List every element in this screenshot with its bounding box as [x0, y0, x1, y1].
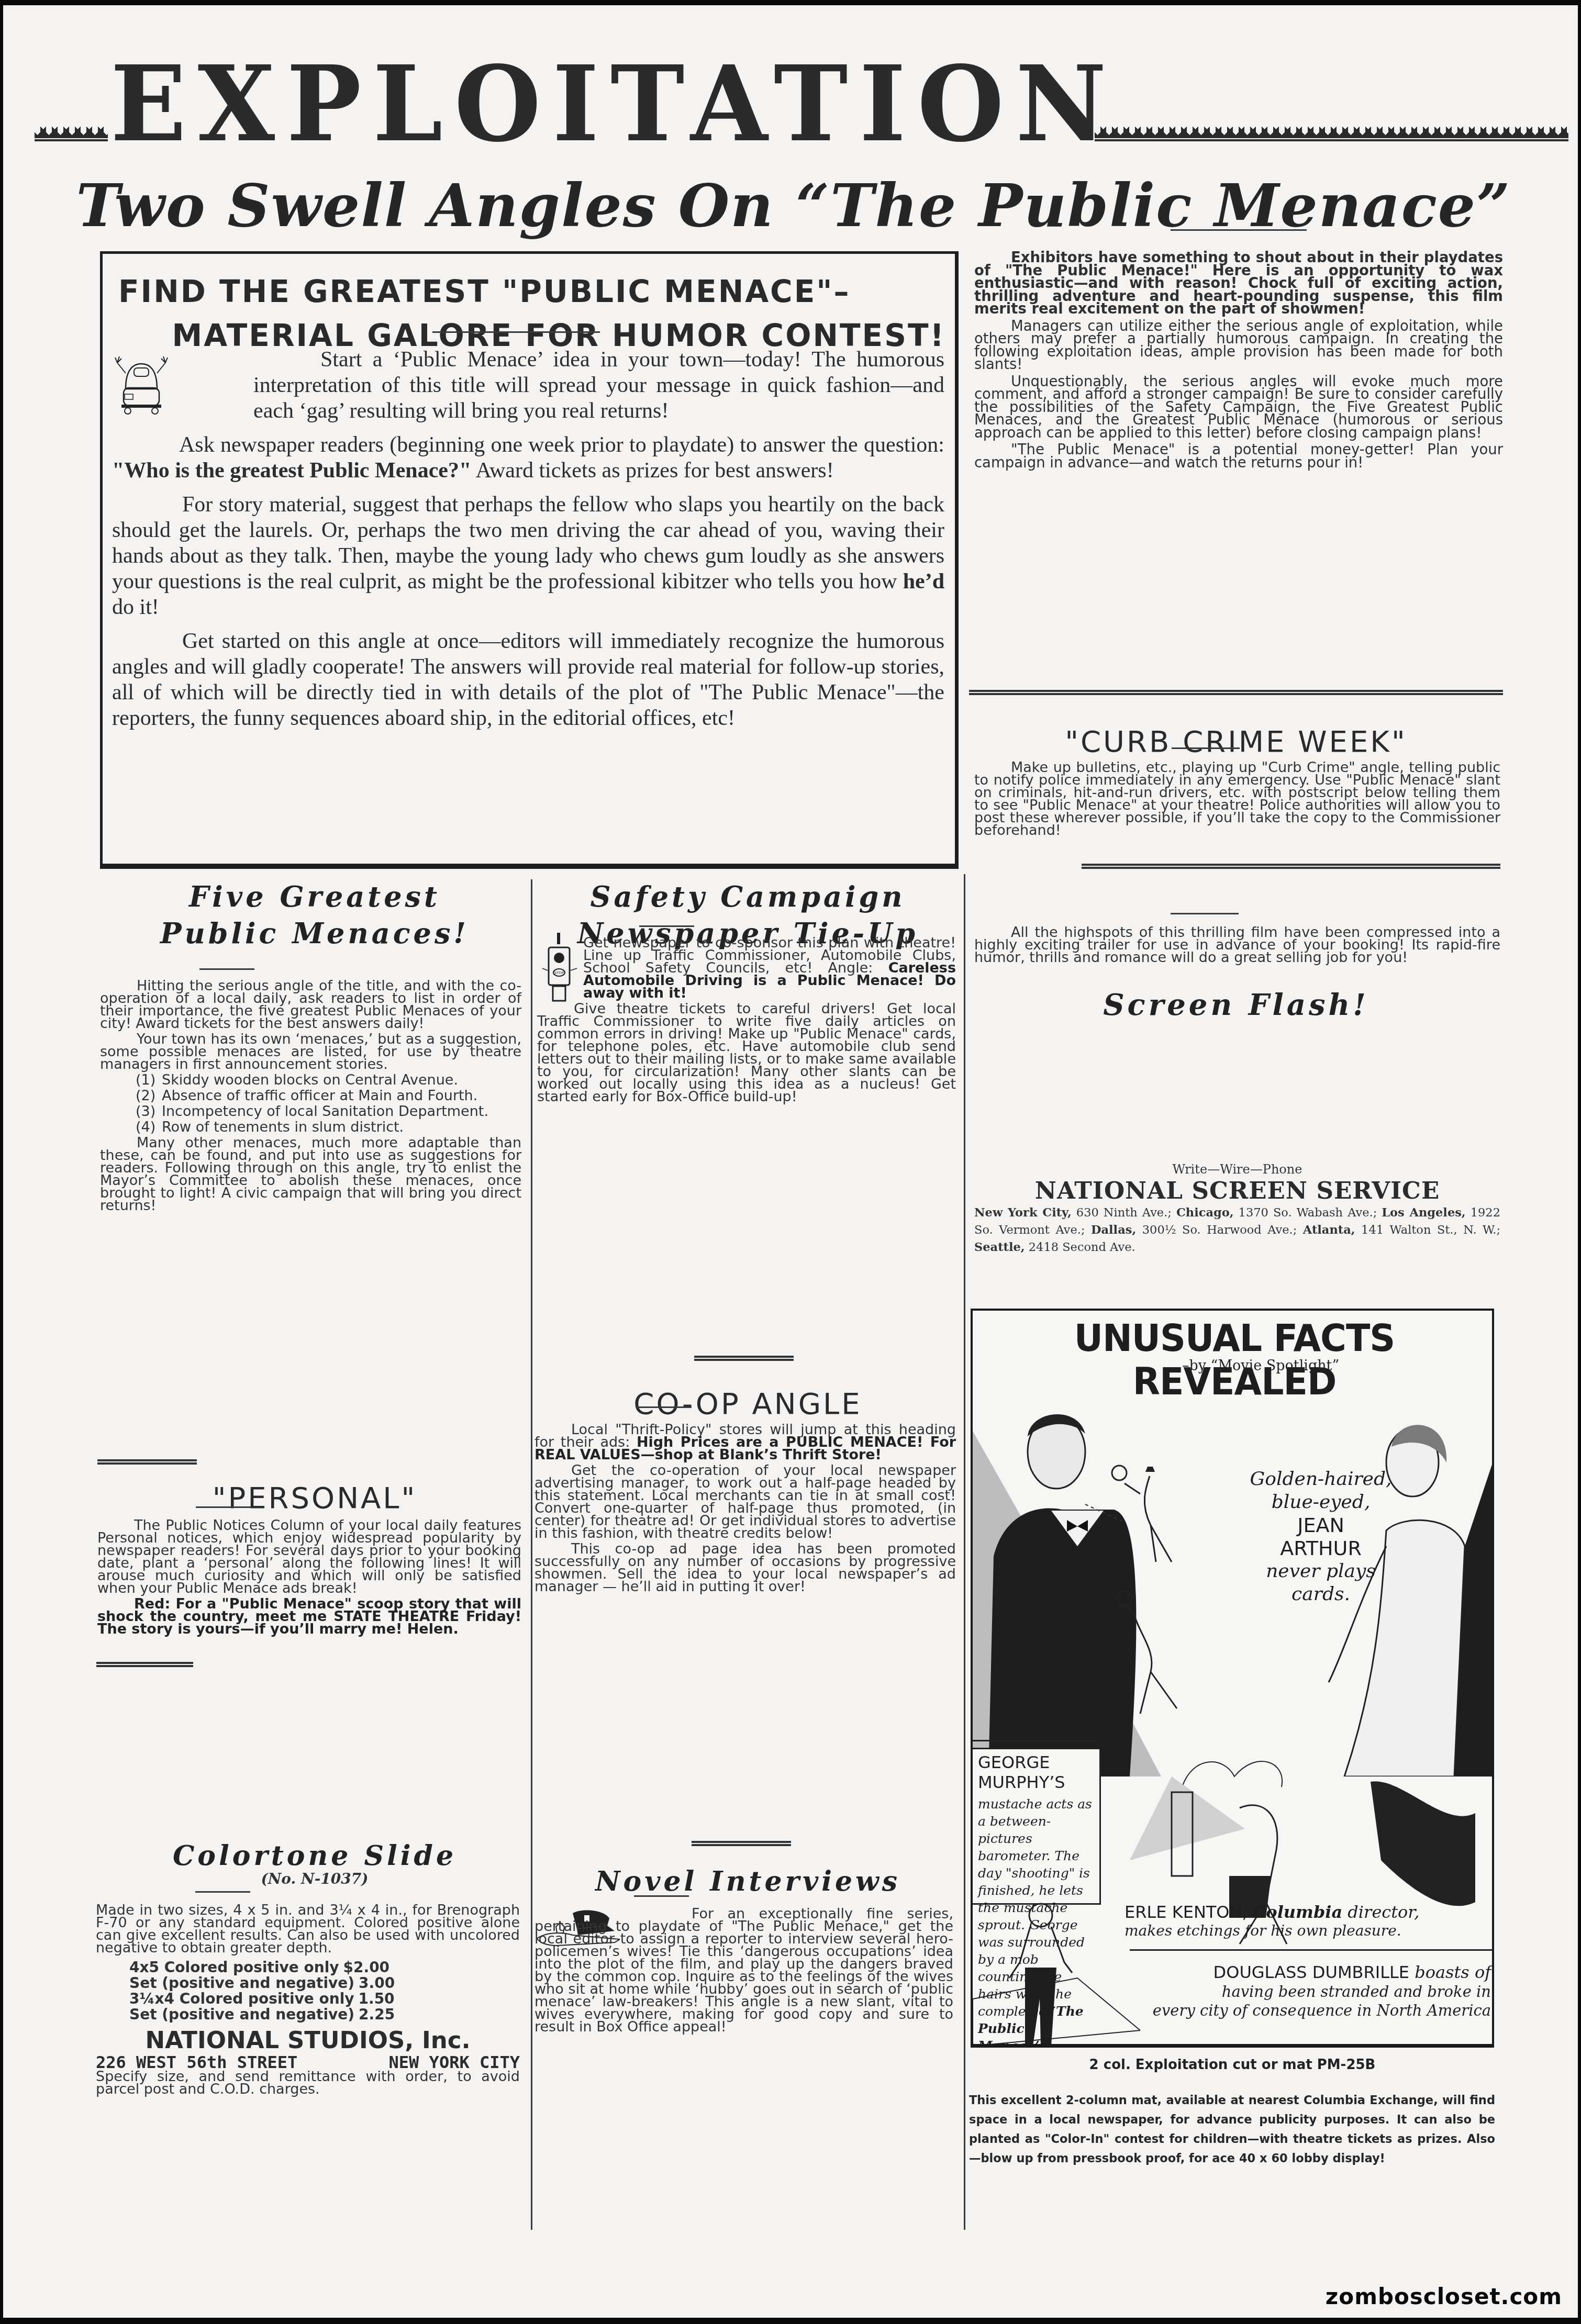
office-address: 630 Ninth Ave.; [1072, 1206, 1176, 1220]
studios-name: NATIONAL STUDIOS, Inc. [96, 2027, 520, 2054]
divider [196, 1506, 251, 1508]
sawtooth-ornament-left [35, 127, 108, 138]
divider [639, 925, 694, 927]
heading-line: Safety Campaign [532, 878, 964, 915]
office-address: 141 Walton St., N. W.; [1355, 1223, 1500, 1237]
office-city: Seattle, [974, 1241, 1025, 1254]
cut-mat-number: 2 col. Exploitation cut or mat PM-25B [971, 2057, 1494, 2073]
colortone-body: Made in two sizes, 4 x 5 in. and 3¼ x 4 … [96, 1904, 520, 2099]
actor-name: DOUGLASS DUMBRILLE [1213, 1962, 1409, 1982]
fact-line: never plays [1242, 1560, 1399, 1583]
price-label: 3¼x4 Colored positive only [129, 1991, 354, 2007]
colortone-heading: Colortone Slide [97, 1840, 532, 1872]
panel-rule [973, 1740, 1098, 1741]
spacer [199, 968, 254, 970]
list-item: (2)Absence of traffic officer at Main an… [136, 1090, 521, 1102]
interviews-heading: Novel Interviews [532, 1863, 964, 1900]
item-number: (2) [136, 1090, 162, 1102]
page-subtitle: Two Swell Angles On “The Public Menace” [3, 172, 1581, 240]
actor-name: GEORGE MURPHY’S [973, 1749, 1099, 1795]
price-row: Set (positive and negative)3.00 [129, 1975, 349, 1991]
traveler-on-map-illustration [973, 1894, 1140, 2046]
intro-text: Exhibitors have something to shout about… [974, 251, 1503, 473]
text-run: do it! [112, 595, 159, 619]
national-screen-service-block: Write—Wire—Phone NATIONAL SCREEN SERVICE… [974, 1162, 1500, 1256]
contest-headline-line1: FIND THE GREATEST "PUBLIC MENACE"– [118, 270, 945, 314]
actor-name: ERLE KENTON, [1124, 1902, 1248, 1922]
sawtooth-ornament-right [1095, 127, 1568, 138]
contest-headline: FIND THE GREATEST "PUBLIC MENACE"– MATER… [118, 270, 945, 357]
five-menaces-heading: Five Greatest Public Menaces! [97, 878, 532, 952]
fact-line: blue-eyed, [1242, 1491, 1399, 1514]
text-run: Award tickets as prizes for best answers… [471, 459, 833, 483]
price-row: 3¼x4 Colored positive only1.50 [129, 1991, 349, 2007]
fact-text: having been stranded and broke in [1145, 1982, 1491, 2001]
section-divider [694, 1356, 794, 1361]
office-city: Los Angeles, [1382, 1206, 1465, 1220]
paragraph: For an exceptionally fine series, pertai… [535, 1908, 953, 2033]
fact-text: every city of consequence in North Ameri… [1145, 2001, 1491, 2020]
divider [432, 331, 600, 333]
office-city: Chicago, [1176, 1206, 1234, 1220]
site-watermark: zomboscloset.com [1326, 2284, 1562, 2309]
item-text: Incompetency of local Sanitation Departm… [162, 1105, 488, 1118]
order-note: Specify size, and send remittance with o… [96, 2071, 520, 2096]
curb-crime-paragraph: Make up bulletins, etc., playing up "Cur… [974, 762, 1500, 837]
text-run-bold: he’d [903, 569, 944, 594]
column-separator [964, 874, 965, 2230]
contest-body: Start a ‘Public Menace’ idea in your tow… [112, 347, 944, 740]
screen-flash-heading: Screen Flash! [969, 987, 1503, 1023]
studios-address: 226 WEST 56th STREET NEW YORK CITY [96, 2056, 520, 2069]
studio-name: Columbia [1253, 1902, 1342, 1922]
price-value: 2.25 [359, 2007, 395, 2023]
page-title: EXPLOITATION [110, 63, 1095, 146]
item-text: Absence of traffic officer at Main and F… [162, 1090, 477, 1102]
humor-contest-box: FIND THE GREATEST "PUBLIC MENACE"– MATER… [100, 251, 959, 869]
safety-body: Get newspaper to co-sponsor this plan wi… [537, 937, 956, 1107]
divider [1171, 913, 1239, 914]
office-address: 300½ So. Harwood Ave.; [1136, 1223, 1303, 1237]
contest-question: "Who is the greatest Public Menace?" [112, 459, 471, 483]
contest-paragraph: Get started on this angle at once—editor… [112, 629, 944, 731]
price-value: $2.00 [343, 1960, 380, 1975]
contest-paragraph: Start a ‘Public Menace’ idea in your tow… [112, 347, 944, 424]
paragraph: The Public Notices Column of your local … [97, 1519, 521, 1595]
intro-paragraph: Unquestionably, the serious angles will … [974, 375, 1503, 440]
text-run: For story material, suggest that perhaps… [112, 493, 944, 594]
price-value: 3.00 [359, 1975, 395, 1991]
contact-line: Write—Wire—Phone [974, 1162, 1500, 1177]
curb-crime-heading: "CURB CRIME WEEK" [969, 725, 1503, 759]
screen-flash-body: All the highspots of this thrilling film… [974, 926, 1500, 967]
ornament-rule-right [1095, 139, 1568, 141]
exploitation-cut-illustration: UNUSUAL FACTS REVEALED –by “Movie Spotli… [971, 1309, 1494, 2048]
section-divider [97, 1459, 197, 1465]
slide-number: (No. N-1037) [97, 1870, 532, 1887]
list-item: (3)Incompetency of local Sanitation Depa… [136, 1105, 521, 1118]
interviews-body: For an exceptionally fine series, pertai… [535, 1908, 953, 2037]
item-number: (3) [136, 1105, 162, 1118]
intro-paragraph: "The Public Menace" is a potential money… [974, 443, 1503, 469]
price-value: 1.50 [359, 1991, 395, 2007]
screen-flash-paragraph: All the highspots of this thrilling film… [974, 926, 1500, 964]
company-name: NATIONAL SCREEN SERVICE [974, 1177, 1500, 1204]
curb-crime-body: Make up bulletins, etc., playing up "Cur… [974, 762, 1500, 840]
price-label: 4x5 Colored positive only [129, 1960, 339, 1975]
office-city: Dallas, [1091, 1223, 1136, 1237]
office-address: 1370 So. Wabash Ave.; [1234, 1206, 1382, 1220]
panel-rule [1130, 1949, 1494, 1951]
column-separator [531, 879, 532, 2230]
paragraph: Give theatre tickets to careful drivers!… [537, 1003, 956, 1103]
contest-paragraph: For story material, suggest that perhaps… [112, 492, 944, 620]
ornament-rule-left [35, 139, 108, 141]
paragraph: Many other menaces, much more adaptable … [100, 1137, 521, 1212]
heading-line: Five Greatest [97, 878, 532, 915]
item-number: (4) [136, 1121, 162, 1134]
personal-ad-copy: Red: For a "Public Menace" scoop story t… [97, 1598, 521, 1636]
office-city: New York City, [974, 1206, 1072, 1220]
fact-text: director, [1342, 1902, 1419, 1922]
paragraph: Get the co-operation of your local newsp… [535, 1465, 956, 1540]
price-label: Set (positive and negative) [129, 1975, 354, 1991]
five-menaces-body: Hitting the serious angle of the title, … [100, 980, 521, 1215]
pressbook-page: EXPLOITATION Two Swell Angles On “The Pu… [0, 0, 1581, 2324]
detective-figures-illustration [1109, 1462, 1224, 1735]
dumbrille-fact: DOUGLASS DUMBRILLE boasts of having been… [1145, 1962, 1491, 2020]
divider [1172, 747, 1240, 749]
divider [634, 1895, 689, 1897]
coop-heading: CO-OP ANGLE [532, 1387, 964, 1421]
office-list: New York City, 630 Ninth Ave.; Chicago, … [974, 1204, 1500, 1256]
section-divider [1082, 864, 1500, 869]
menace-list: (1)Skiddy wooden blocks on Central Avenu… [100, 1074, 521, 1134]
cut-description: This excellent 2-column mat, available a… [969, 2091, 1495, 2169]
office-city: Atlanta, [1303, 1223, 1355, 1237]
divider [195, 1891, 250, 1893]
section-divider [692, 1841, 791, 1846]
text-run: Ask newspaper readers (beginning one wee… [179, 433, 944, 457]
personal-heading: "PERSONAL" [97, 1481, 532, 1515]
item-text: Skiddy wooden blocks on Central Avenue. [162, 1074, 458, 1087]
paragraph: This co-op ad page idea has been promote… [535, 1543, 956, 1593]
paragraph: Get newspaper to co-sponsor this plan wi… [537, 937, 956, 1000]
section-divider [96, 1662, 193, 1667]
price-label: Set (positive and negative) [129, 2007, 354, 2023]
paragraph: Hitting the serious angle of the title, … [100, 980, 521, 1030]
actor-name: JEAN [1242, 1514, 1399, 1537]
intro-paragraph: Exhibitors have something to shout about… [974, 251, 1503, 316]
list-item: (4)Row of tenements in slum district. [136, 1121, 521, 1134]
city: NEW YORK CITY [389, 2056, 520, 2069]
paragraph: Made in two sizes, 4 x 5 in. and 3¼ x 4 … [96, 1904, 520, 1954]
street-address: 226 WEST 56th STREET [96, 2056, 297, 2069]
item-number: (1) [136, 1074, 162, 1087]
fact-text: makes etchings for his own pleasure. [1124, 1922, 1491, 1939]
fact-text: boasts of [1409, 1962, 1491, 1982]
kenton-fact: ERLE KENTON, Columbia director, makes et… [1124, 1902, 1491, 1939]
section-divider [969, 690, 1503, 695]
intro-paragraph: Managers can utilize either the serious … [974, 320, 1503, 371]
item-text: Row of tenements in slum district. [162, 1121, 404, 1134]
heading-line: Public Menaces! [97, 915, 532, 952]
office-address: 2418 Second Ave. [1025, 1241, 1135, 1254]
fact-line: Golden-haired, [1242, 1468, 1399, 1491]
masthead: EXPLOITATION [35, 63, 1568, 141]
price-row: 4x5 Colored positive only$2.00 [129, 1960, 349, 1975]
jean-arthur-fact: Golden-haired, blue-eyed, JEAN ARTHUR ne… [1242, 1468, 1399, 1606]
price-row: Set (positive and negative)2.25 [129, 2007, 349, 2023]
murphy-card: GEORGE MURPHY’S mustache acts as a betwe… [973, 1748, 1101, 1905]
price-list: 4x5 Colored positive only$2.00 Set (posi… [129, 1960, 349, 2023]
paragraph: Your town has its own ‘menaces,’ but as … [100, 1033, 521, 1071]
paragraph: Local "Thrift-Policy" stores will jump a… [535, 1424, 956, 1461]
personal-body: The Public Notices Column of your local … [97, 1519, 521, 1639]
cut-byline: –by “Movie Spotlight” [1182, 1358, 1339, 1374]
divider [1171, 229, 1307, 231]
divider [637, 1406, 692, 1408]
coop-body: Local "Thrift-Policy" stores will jump a… [535, 1424, 956, 1596]
list-item: (1)Skiddy wooden blocks on Central Avenu… [136, 1074, 521, 1087]
contest-paragraph: Ask newspaper readers (beginning one wee… [112, 432, 944, 484]
actor-name: ARTHUR [1242, 1537, 1399, 1560]
fact-line: cards. [1242, 1583, 1399, 1606]
